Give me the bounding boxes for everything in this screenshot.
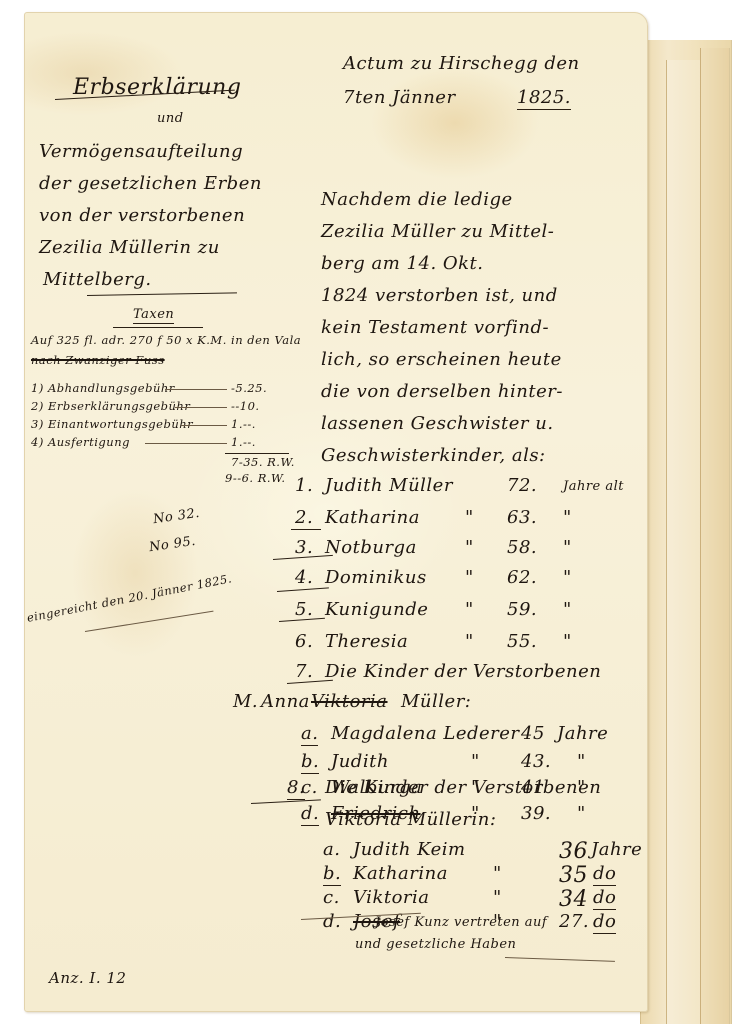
child-age: 35: [559, 863, 588, 888]
child-age-unit: do: [593, 911, 616, 934]
heir-number: 3.: [295, 537, 313, 558]
footer-reference: Anz. I. 12: [49, 969, 126, 987]
taxen-item-2-label: 2) Erbserklärungsgebühr: [31, 399, 190, 413]
heir-age-unit: ": [563, 507, 572, 528]
child-letter: b.: [323, 863, 341, 886]
actum-year: 1825.: [517, 87, 571, 110]
heir-number: 4.: [295, 567, 313, 588]
heir-7-number: 7.: [295, 661, 313, 682]
taxen-item-4-amount: 1.--.: [231, 435, 256, 449]
child-age: 43.: [521, 751, 551, 772]
heir-7-prefix: M.: [233, 691, 258, 712]
heir-8-closing-line-2: und gesetzliche Haben: [355, 937, 516, 952]
heading-line-4: der gesetzlichen Erben: [39, 173, 262, 194]
heir-age-unit: ": [563, 567, 572, 588]
child-age-unit: do: [593, 863, 616, 886]
heir-number: 6.: [295, 631, 313, 652]
taxen-item-2-amount: --10.: [231, 399, 260, 413]
manuscript-page: Erbserklärung und Vermögensaufteilung de…: [24, 12, 648, 1012]
child-ditto: ": [493, 887, 502, 908]
heir-age-unit: ": [563, 631, 572, 652]
heading-line-5: von der verstorbenen: [39, 205, 245, 226]
child-age-unit: do: [593, 887, 616, 910]
child-age: 36: [559, 839, 588, 864]
heir-7-line-2-start: Anna: [261, 691, 310, 712]
heir-ditto: ": [465, 631, 474, 652]
intro-line-3: berg am 14. Okt.: [321, 253, 484, 274]
taxen-item-1-leader: [165, 389, 227, 390]
heading-line-3: Vermögensaufteilung: [39, 141, 243, 162]
heir-age: 59.: [507, 599, 537, 620]
taxen-intro: Auf 325 fl. adr. 270 f 50 x K.M. in den …: [31, 333, 301, 347]
taxen-heading: Taxen: [133, 307, 174, 324]
heir-7-line-2-struck: Viktoria: [311, 691, 388, 712]
intro-line-9: Geschwisterkinder, als:: [321, 445, 546, 466]
heir-ditto: ": [465, 567, 474, 588]
child-name: Judith: [331, 751, 389, 772]
taxen-item-3-leader: [181, 425, 227, 426]
heir-number: 2.: [295, 507, 313, 528]
heir-name: Notburga: [325, 537, 417, 558]
child-letter: d.: [301, 803, 319, 826]
taxen-item-1-amount: -5.25.: [231, 381, 267, 395]
child-ditto: ": [471, 751, 480, 772]
taxen-item-1-label: 1) Abhandlungsgebühr: [31, 381, 175, 395]
child-age-unit: ": [577, 803, 586, 824]
child-letter: d.: [323, 911, 341, 932]
heir-age-unit: ": [563, 537, 572, 558]
received-note-flourish: [85, 611, 214, 632]
reference-number-1: No 32.: [152, 506, 201, 527]
taxen-item-3-label: 3) Einantwortungsgebühr: [31, 417, 193, 431]
heir-number: 1.: [295, 475, 313, 496]
heir-ditto: ": [465, 507, 474, 528]
child-age: 27.: [559, 911, 589, 932]
heir-age: 72.: [507, 475, 537, 496]
heir-age-unit: Jahre alt: [563, 479, 624, 494]
child-name: Judith Keim: [353, 839, 466, 860]
heir-age: 58.: [507, 537, 537, 558]
child-letter: a.: [323, 839, 340, 860]
intro-line-7: die von derselben hinter-: [321, 381, 563, 402]
child-letter: a.: [301, 723, 318, 746]
received-note: eingereicht den 20. Jänner 1825.: [26, 571, 233, 625]
intro-line-6: lich, so erscheinen heute: [321, 349, 562, 370]
heading-line-2: und: [157, 111, 184, 126]
intro-line-2: Zezilia Müller zu Mittel-: [321, 221, 554, 242]
heir-name: Dominikus: [325, 567, 427, 588]
heir-name: Kunigunde: [325, 599, 428, 620]
heir-7-line-2-end: Müller:: [401, 691, 471, 712]
heir-ditto: ": [465, 599, 474, 620]
child-name: Katharina: [353, 863, 448, 884]
taxen-item-4-leader: [145, 443, 227, 444]
taxen-intro-struck: nach Zwanziger Fuss: [31, 353, 165, 367]
heir-divider-2: [291, 529, 321, 530]
intro-line-5: kein Testament vorfind-: [321, 317, 549, 338]
child-ditto: ": [493, 863, 502, 884]
actum-line-2: 7ten Jänner: [343, 87, 456, 108]
heading-line-6: Zezilia Müllerin zu: [39, 237, 220, 258]
taxen-total-2: 9--6. R.W.: [225, 471, 286, 485]
taxen-item-2-leader: [175, 407, 227, 408]
reference-number-2: No 95.: [148, 534, 197, 555]
heir-8-line-2: Viktoria Müllerin:: [325, 809, 496, 830]
heir-divider-5: [279, 618, 325, 622]
heir-ditto: ": [465, 537, 474, 558]
child-letter: c.: [323, 887, 340, 908]
intro-line-1: Nachdem die ledige: [321, 189, 513, 210]
heir-divider-4: [277, 587, 329, 592]
actum-line-1: Actum zu Hirschegg den: [343, 53, 580, 74]
taxen-total-1: 7-35. R.W.: [231, 455, 295, 469]
taxen-sum-rule: [225, 453, 289, 454]
heir-age-unit: ": [563, 599, 572, 620]
child-age: 34: [559, 887, 588, 912]
child-name: Magdalena Lederer: [331, 723, 520, 744]
taxen-heading-rule: [113, 327, 203, 328]
taxen-item-3-amount: 1.--.: [231, 417, 256, 431]
child-age-unit: Jahre: [591, 839, 642, 860]
heir-age: 62.: [507, 567, 537, 588]
intro-line-8: lassenen Geschwister u.: [321, 413, 554, 434]
closing-flourish: [505, 957, 615, 962]
heir-number: 5.: [295, 599, 313, 620]
heir-name: Theresia: [325, 631, 408, 652]
child-age: 39.: [521, 803, 551, 824]
heading-underline: [87, 292, 237, 296]
heir-8-line-1: Die Kinder der Verstorbenen: [325, 777, 601, 798]
child-age-unit: Jahre: [557, 723, 608, 744]
heir-age: 63.: [507, 507, 537, 528]
heir-name: Judith Müller: [325, 475, 453, 496]
back-sheet-3: [700, 48, 730, 1024]
child-name: Viktoria: [353, 887, 430, 908]
heir-age: 55.: [507, 631, 537, 652]
child-age-unit: ": [577, 751, 586, 772]
heir-8-closing-line-1: Josef Kunz vertreten auf: [375, 915, 547, 930]
heir-8-number: 8.: [287, 777, 305, 800]
heading-line-7: Mittelberg.: [43, 269, 152, 290]
heir-name: Katharina: [325, 507, 420, 528]
intro-line-4: 1824 verstorben ist, und: [321, 285, 558, 306]
taxen-item-4-label: 4) Ausfertigung: [31, 435, 130, 449]
child-letter: b.: [301, 751, 319, 774]
heir-7-line-1: Die Kinder der Verstorbenen: [325, 661, 601, 682]
child-age: 45: [521, 723, 545, 744]
